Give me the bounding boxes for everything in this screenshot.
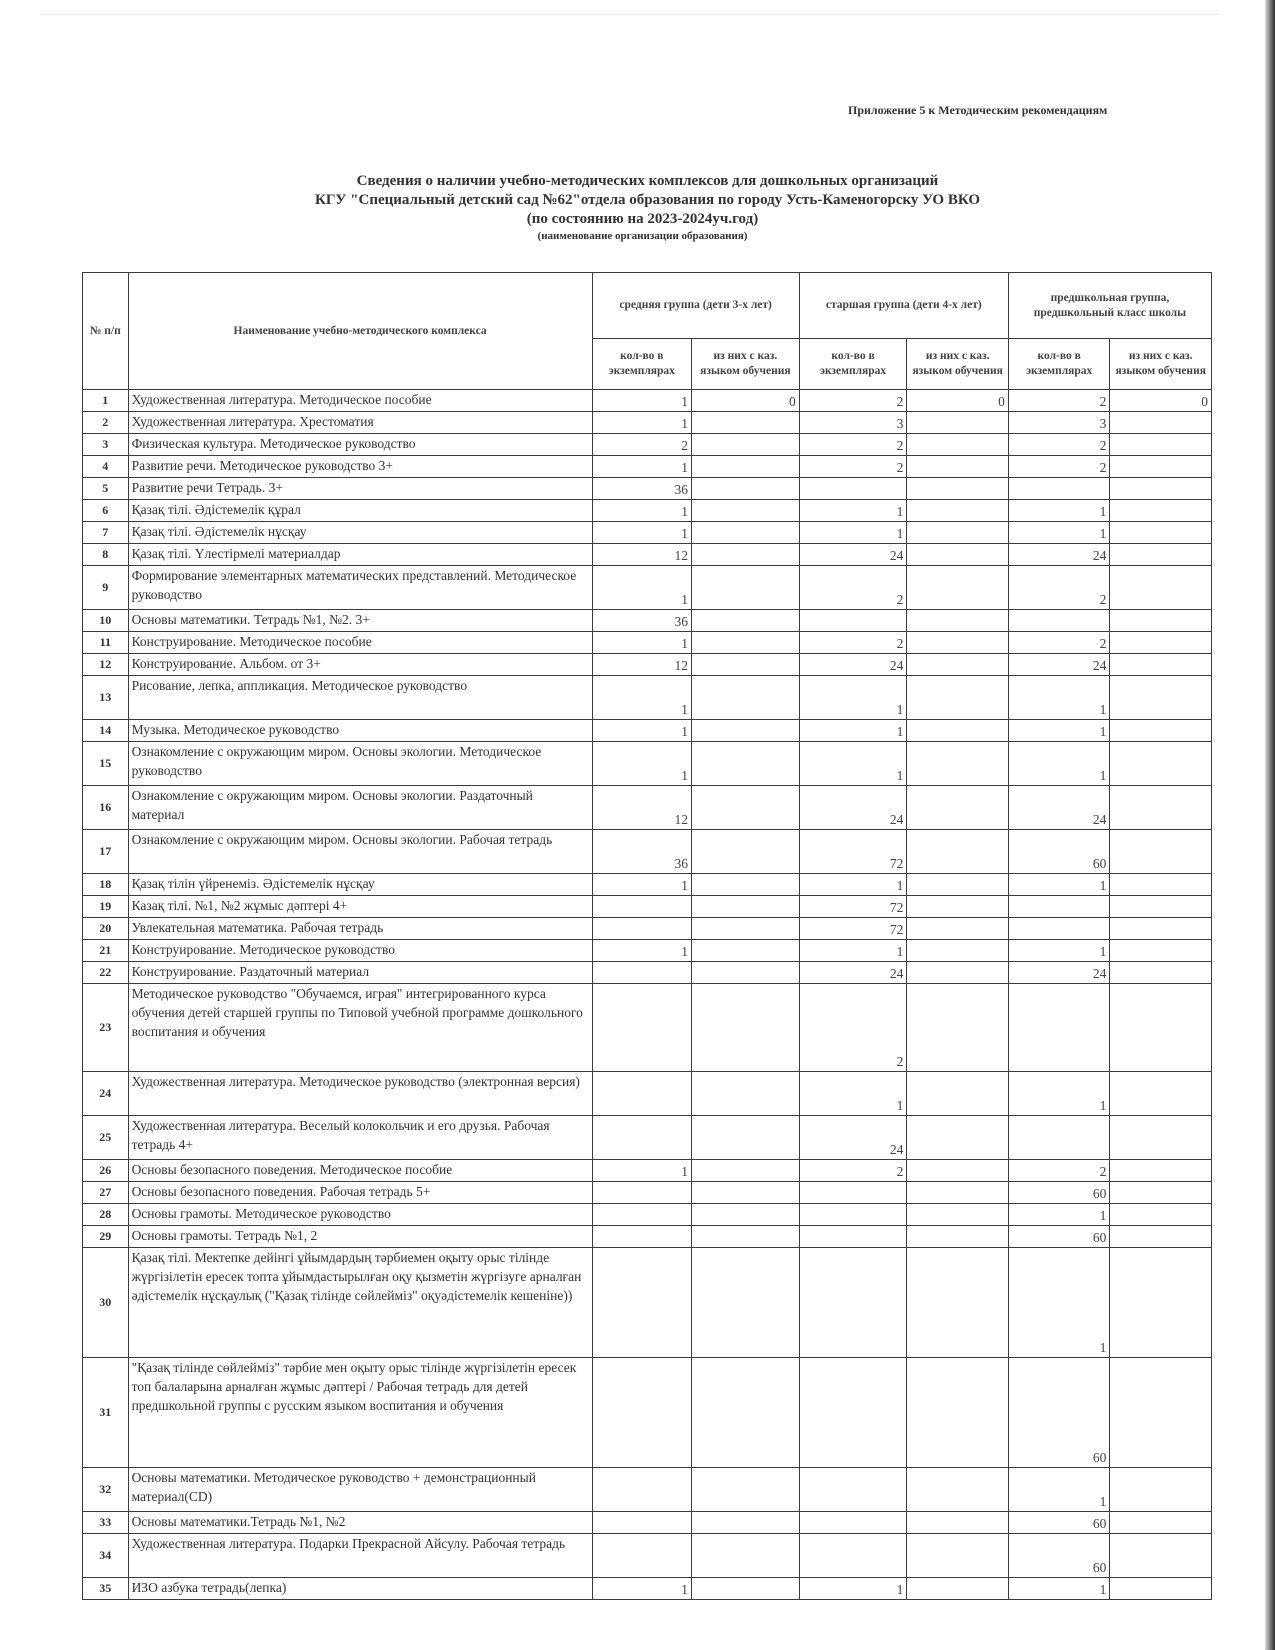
cell-preschool-qty: 1 [1008, 522, 1110, 544]
cell-preschool-kaz [1110, 1182, 1212, 1204]
cell-preschool-kaz [1110, 500, 1212, 522]
row-number: 9 [83, 566, 129, 610]
cell-preschool-kaz [1110, 632, 1212, 654]
row-number: 24 [83, 1072, 129, 1116]
row-number: 30 [83, 1248, 129, 1358]
table-row: 21Конструирование. Методическое руководс… [83, 940, 1212, 962]
row-number: 20 [83, 918, 129, 940]
cell-senior-qty [799, 610, 907, 632]
row-number: 1 [83, 390, 129, 412]
cell-middle-qty: 1 [592, 676, 691, 720]
row-title: Увлекательная математика. Рабочая тетрад… [128, 918, 592, 940]
cell-preschool-kaz [1110, 984, 1212, 1072]
cell-senior-qty: 24 [799, 786, 907, 830]
cell-senior-kaz [907, 1072, 1009, 1116]
cell-preschool-kaz [1110, 1512, 1212, 1534]
cell-middle-qty [592, 1248, 691, 1358]
cell-senior-kaz [907, 478, 1009, 500]
row-title: Художественная литература. Методическое … [128, 390, 592, 412]
cell-senior-kaz [907, 566, 1009, 610]
row-title: Қазақ тілі. Мектепке дейінгі ұйымдардың … [128, 1248, 592, 1358]
cell-middle-qty [592, 1072, 691, 1116]
cell-preschool-qty [1008, 478, 1110, 500]
cell-middle-kaz [692, 412, 800, 434]
table-row: 12Конструирование. Альбом. от 3+122424 [83, 654, 1212, 676]
cell-middle-qty: 1 [592, 874, 691, 896]
cell-preschool-kaz [1110, 1160, 1212, 1182]
cell-senior-qty: 2 [799, 566, 907, 610]
cell-senior-qty: 1 [799, 720, 907, 742]
row-title: Основы математики. Тетрадь №1, №2. 3+ [128, 610, 592, 632]
cell-middle-qty: 1 [592, 412, 691, 434]
row-number: 5 [83, 478, 129, 500]
cell-senior-qty: 2 [799, 984, 907, 1072]
cell-senior-qty [799, 1358, 907, 1468]
cell-middle-qty [592, 1226, 691, 1248]
cell-preschool-kaz [1110, 1116, 1212, 1160]
row-number: 4 [83, 456, 129, 478]
cell-middle-qty [592, 1182, 691, 1204]
row-number: 27 [83, 1182, 129, 1204]
table-row: 23Методическое руководство "Обучаемся, и… [83, 984, 1212, 1072]
cell-preschool-qty: 60 [1008, 1512, 1110, 1534]
cell-middle-kaz [692, 720, 800, 742]
umk-table: № п/п Наименование учебно-методического … [82, 272, 1212, 1600]
cell-preschool-qty: 1 [1008, 500, 1110, 522]
cell-senior-qty: 1 [799, 742, 907, 786]
row-number: 33 [83, 1512, 129, 1534]
cell-preschool-qty: 2 [1008, 632, 1110, 654]
cell-preschool-qty [1008, 896, 1110, 918]
cell-preschool-kaz [1110, 1578, 1212, 1600]
cell-senior-qty: 2 [799, 390, 907, 412]
cell-preschool-qty: 2 [1008, 390, 1110, 412]
cell-preschool-qty: 2 [1008, 566, 1110, 610]
cell-senior-kaz [907, 984, 1009, 1072]
row-number: 21 [83, 940, 129, 962]
header-kaz: из них с каз. языком обучения [1110, 339, 1212, 390]
umk-table-body: 1Художественная литература. Методическое… [83, 390, 1212, 1600]
cell-preschool-kaz [1110, 918, 1212, 940]
row-number: 28 [83, 1204, 129, 1226]
cell-middle-kaz [692, 918, 800, 940]
cell-senior-kaz [907, 918, 1009, 940]
cell-middle-qty: 36 [592, 478, 691, 500]
cell-preschool-qty [1008, 984, 1110, 1072]
cell-preschool-qty: 1 [1008, 742, 1110, 786]
table-row: 27Основы безопасного поведения. Рабочая … [83, 1182, 1212, 1204]
cell-middle-qty: 1 [592, 742, 691, 786]
cell-preschool-kaz [1110, 544, 1212, 566]
cell-middle-kaz [692, 500, 800, 522]
cell-middle-kaz [692, 984, 800, 1072]
cell-senior-kaz [907, 456, 1009, 478]
cell-preschool-qty: 60 [1008, 830, 1110, 874]
cell-preschool-kaz [1110, 720, 1212, 742]
cell-preschool-qty: 24 [1008, 654, 1110, 676]
cell-middle-kaz [692, 1072, 800, 1116]
cell-senior-qty [799, 1248, 907, 1358]
cell-preschool-kaz [1110, 676, 1212, 720]
row-title: Қазақ тілі. Әдістемелік құрал [128, 500, 592, 522]
cell-middle-kaz [692, 830, 800, 874]
cell-middle-qty: 1 [592, 632, 691, 654]
table-row: 34Художественная литература. Подарки Пре… [83, 1534, 1212, 1578]
cell-middle-kaz [692, 1160, 800, 1182]
cell-middle-kaz [692, 1116, 800, 1160]
reporting-period: (по состоянию на 2023-2024уч.год) [10, 210, 1275, 229]
cell-middle-kaz [692, 1204, 800, 1226]
header-kaz: из них с каз. языком обучения [907, 339, 1009, 390]
row-title: Ознакомление с окружающим миром. Основы … [128, 786, 592, 830]
row-number: 11 [83, 632, 129, 654]
row-title: Қазақ тілін үйренеміз. Әдістемелік нұсқа… [128, 874, 592, 896]
cell-senior-qty: 24 [799, 962, 907, 984]
row-number: 23 [83, 984, 129, 1072]
row-title: Қазақ тілі. Үлестірмелі материалдар [128, 544, 592, 566]
cell-preschool-kaz [1110, 786, 1212, 830]
cell-middle-kaz [692, 1468, 800, 1512]
organization-name: КГУ "Специальный детский сад №62"отдела … [20, 191, 1275, 210]
table-row: 20Увлекательная математика. Рабочая тетр… [83, 918, 1212, 940]
cell-middle-qty [592, 962, 691, 984]
cell-senior-qty: 72 [799, 830, 907, 874]
row-title: Художественная литература. Подарки Прекр… [128, 1534, 592, 1578]
cell-middle-qty [592, 1512, 691, 1534]
cell-senior-kaz [907, 1248, 1009, 1358]
cell-senior-qty [799, 1468, 907, 1512]
table-row: 22Конструирование. Раздаточный материал2… [83, 962, 1212, 984]
appendix-note: Приложение 5 к Методическим рекомендация… [848, 103, 1107, 118]
cell-preschool-kaz [1110, 412, 1212, 434]
cell-senior-kaz [907, 1226, 1009, 1248]
table-row: 2Художественная литература. Хрестоматия1… [83, 412, 1212, 434]
cell-middle-kaz [692, 566, 800, 610]
row-title: Рисование, лепка, аппликация. Методическ… [128, 676, 592, 720]
cell-preschool-qty: 1 [1008, 1204, 1110, 1226]
row-title: Қазақ тілі. Әдістемелік нұсқау [128, 522, 592, 544]
row-number: 8 [83, 544, 129, 566]
cell-middle-kaz [692, 1248, 800, 1358]
cell-preschool-qty: 24 [1008, 962, 1110, 984]
cell-middle-qty [592, 896, 691, 918]
cell-senior-qty: 1 [799, 676, 907, 720]
cell-preschool-kaz [1110, 1072, 1212, 1116]
row-number: 2 [83, 412, 129, 434]
row-number: 10 [83, 610, 129, 632]
cell-preschool-kaz [1110, 456, 1212, 478]
cell-senior-kaz [907, 1160, 1009, 1182]
cell-senior-kaz [907, 1358, 1009, 1468]
cell-preschool-qty [1008, 610, 1110, 632]
cell-middle-qty: 1 [592, 566, 691, 610]
cell-senior-qty: 3 [799, 412, 907, 434]
cell-senior-qty: 1 [799, 940, 907, 962]
cell-middle-qty: 12 [592, 786, 691, 830]
cell-senior-qty [799, 478, 907, 500]
cell-middle-qty: 12 [592, 544, 691, 566]
cell-middle-qty: 1 [592, 522, 691, 544]
document-title-block: Сведения о наличии учебно-методических к… [0, 172, 1275, 244]
cell-middle-kaz [692, 940, 800, 962]
cell-preschool-qty: 1 [1008, 1072, 1110, 1116]
row-title: Ознакомление с окружающим миром. Основы … [128, 830, 592, 874]
cell-senior-qty: 24 [799, 654, 907, 676]
table-row: 24Художественная литература. Методическо… [83, 1072, 1212, 1116]
cell-preschool-kaz [1110, 1204, 1212, 1226]
cell-preschool-qty: 60 [1008, 1358, 1110, 1468]
row-title: Основы безопасного поведения. Методическ… [128, 1160, 592, 1182]
cell-senior-kaz [907, 632, 1009, 654]
cell-middle-kaz [692, 544, 800, 566]
cell-senior-qty [799, 1226, 907, 1248]
cell-senior-qty: 2 [799, 1160, 907, 1182]
cell-senior-kaz [907, 1116, 1009, 1160]
cell-middle-kaz [692, 742, 800, 786]
row-title: Конструирование. Альбом. от 3+ [128, 654, 592, 676]
cell-senior-qty: 1 [799, 522, 907, 544]
table-row: 9Формирование элементарных математически… [83, 566, 1212, 610]
row-number: 25 [83, 1116, 129, 1160]
cell-senior-qty: 1 [799, 500, 907, 522]
cell-preschool-qty: 2 [1008, 1160, 1110, 1182]
row-number: 35 [83, 1578, 129, 1600]
cell-middle-kaz [692, 610, 800, 632]
cell-preschool-kaz [1110, 1358, 1212, 1468]
cell-middle-qty: 1 [592, 720, 691, 742]
cell-senior-kaz [907, 720, 1009, 742]
cell-middle-kaz [692, 962, 800, 984]
row-title: Художественная литература. Хрестоматия [128, 412, 592, 434]
cell-preschool-qty: 24 [1008, 544, 1110, 566]
cell-senior-kaz [907, 1534, 1009, 1578]
cell-preschool-qty: 60 [1008, 1534, 1110, 1578]
cell-senior-qty [799, 1182, 907, 1204]
row-title: Основы грамоты. Тетрадь №1, 2 [128, 1226, 592, 1248]
row-title: Музыка. Методическое руководство [128, 720, 592, 742]
cell-preschool-kaz [1110, 896, 1212, 918]
cell-preschool-qty: 2 [1008, 434, 1110, 456]
cell-middle-kaz [692, 1358, 800, 1468]
table-row: 35ИЗО азбука тетрадь(лепка)111 [83, 1578, 1212, 1600]
table-row: 15Ознакомление с окружающим миром. Основ… [83, 742, 1212, 786]
cell-middle-kaz [692, 786, 800, 830]
table-row: 16Ознакомление с окружающим миром. Основ… [83, 786, 1212, 830]
row-number: 19 [83, 896, 129, 918]
table-row: 1Художественная литература. Методическое… [83, 390, 1212, 412]
table-row: 29Основы грамоты. Тетрадь №1, 260 [83, 1226, 1212, 1248]
header-num: № п/п [83, 273, 129, 390]
cell-middle-kaz [692, 434, 800, 456]
cell-senior-kaz [907, 1512, 1009, 1534]
row-number: 34 [83, 1534, 129, 1578]
cell-senior-qty [799, 1204, 907, 1226]
scan-edge-top [40, 14, 1220, 15]
cell-senior-kaz [907, 434, 1009, 456]
table-row: 18Қазақ тілін үйренеміз. Әдістемелік нұс… [83, 874, 1212, 896]
table-row: 13Рисование, лепка, аппликация. Методиче… [83, 676, 1212, 720]
cell-preschool-kaz: 0 [1110, 390, 1212, 412]
cell-senior-kaz [907, 830, 1009, 874]
row-title: Основы безопасного поведения. Рабочая те… [128, 1182, 592, 1204]
row-number: 12 [83, 654, 129, 676]
cell-senior-kaz [907, 1578, 1009, 1600]
cell-middle-kaz [692, 1578, 800, 1600]
header-group-senior: старшая группа (дети 4-х лет) [799, 273, 1008, 339]
cell-middle-qty: 2 [592, 434, 691, 456]
header-qty: кол-во в экземплярах [799, 339, 907, 390]
cell-preschool-kaz [1110, 566, 1212, 610]
cell-preschool-kaz [1110, 1468, 1212, 1512]
cell-senior-kaz [907, 962, 1009, 984]
row-title: Художественная литература. Веселый колок… [128, 1116, 592, 1160]
cell-senior-qty: 2 [799, 434, 907, 456]
cell-senior-kaz [907, 874, 1009, 896]
cell-middle-kaz [692, 478, 800, 500]
cell-preschool-kaz [1110, 610, 1212, 632]
table-row: 26Основы безопасного поведения. Методиче… [83, 1160, 1212, 1182]
row-title: Методическое руководство "Обучаемся, игр… [128, 984, 592, 1072]
cell-preschool-kaz [1110, 1248, 1212, 1358]
cell-middle-qty: 36 [592, 830, 691, 874]
row-number: 17 [83, 830, 129, 874]
cell-middle-kaz [692, 522, 800, 544]
header-qty: кол-во в экземплярах [592, 339, 691, 390]
row-title: Формирование элементарных математических… [128, 566, 592, 610]
cell-preschool-qty: 1 [1008, 874, 1110, 896]
cell-middle-kaz: 0 [692, 390, 800, 412]
cell-preschool-qty: 60 [1008, 1226, 1110, 1248]
cell-senior-qty: 24 [799, 1116, 907, 1160]
table-row: 19Казақ тілі. №1, №2 жұмыс дәптері 4+72 [83, 896, 1212, 918]
cell-senior-kaz: 0 [907, 390, 1009, 412]
cell-preschool-qty: 3 [1008, 412, 1110, 434]
cell-preschool-kaz [1110, 478, 1212, 500]
table-row: 32Основы математики. Методическое руково… [83, 1468, 1212, 1512]
row-number: 14 [83, 720, 129, 742]
cell-preschool-qty: 1 [1008, 1578, 1110, 1600]
cell-middle-qty [592, 1116, 691, 1160]
cell-preschool-kaz [1110, 874, 1212, 896]
cell-senior-qty: 24 [799, 544, 907, 566]
cell-senior-kaz [907, 1182, 1009, 1204]
cell-middle-qty [592, 1358, 691, 1468]
table-row: 5Развитие речи Тетрадь. 3+36 [83, 478, 1212, 500]
cell-middle-qty: 1 [592, 390, 691, 412]
table-row: 11Конструирование. Методическое пособие1… [83, 632, 1212, 654]
table-row: 33Основы математики.Тетрадь №1, №260 [83, 1512, 1212, 1534]
header-group-preschool: предшкольная группа, предшкольный класс … [1008, 273, 1211, 339]
row-title: Основы математики. Методическое руководс… [128, 1468, 592, 1512]
header-name: Наименование учебно-методического компле… [128, 273, 592, 390]
cell-middle-qty: 1 [592, 500, 691, 522]
cell-middle-qty: 36 [592, 610, 691, 632]
cell-middle-kaz [692, 654, 800, 676]
cell-senior-kaz [907, 610, 1009, 632]
table-row: 25Художественная литература. Веселый кол… [83, 1116, 1212, 1160]
header-kaz: из них с каз. языком обучения [692, 339, 800, 390]
cell-middle-kaz [692, 896, 800, 918]
row-number: 29 [83, 1226, 129, 1248]
cell-preschool-kaz [1110, 1534, 1212, 1578]
row-number: 13 [83, 676, 129, 720]
row-number: 7 [83, 522, 129, 544]
cell-preschool-kaz [1110, 522, 1212, 544]
cell-preschool-kaz [1110, 1226, 1212, 1248]
cell-senior-qty [799, 1512, 907, 1534]
header-qty: кол-во в экземплярах [1008, 339, 1110, 390]
cell-senior-kaz [907, 412, 1009, 434]
table-row: 28Основы грамоты. Методическое руководст… [83, 1204, 1212, 1226]
row-title: Конструирование. Методическое пособие [128, 632, 592, 654]
scan-edge-right [1265, 0, 1275, 1650]
cell-middle-kaz [692, 632, 800, 654]
cell-senior-kaz [907, 940, 1009, 962]
cell-senior-qty: 72 [799, 918, 907, 940]
row-number: 32 [83, 1468, 129, 1512]
cell-senior-kaz [907, 786, 1009, 830]
table-row: 14Музыка. Методическое руководство111 [83, 720, 1212, 742]
cell-middle-qty [592, 1204, 691, 1226]
cell-middle-qty [592, 984, 691, 1072]
cell-middle-kaz [692, 1512, 800, 1534]
row-title: Основы грамоты. Методическое руководство [128, 1204, 592, 1226]
table-row: 31"Қазақ тілінде сөйлейміз" тәрбие мен о… [83, 1358, 1212, 1468]
cell-preschool-qty: 1 [1008, 676, 1110, 720]
row-title: Физическая культура. Методическое руково… [128, 434, 592, 456]
cell-middle-kaz [692, 1226, 800, 1248]
cell-preschool-qty: 1 [1008, 1248, 1110, 1358]
cell-preschool-qty: 24 [1008, 786, 1110, 830]
cell-preschool-kaz [1110, 830, 1212, 874]
cell-senior-qty: 2 [799, 456, 907, 478]
table-row: 8Қазақ тілі. Үлестірмелі материалдар1224… [83, 544, 1212, 566]
cell-preschool-kaz [1110, 962, 1212, 984]
row-title: Конструирование. Методическое руководств… [128, 940, 592, 962]
cell-middle-qty [592, 1468, 691, 1512]
cell-preschool-qty [1008, 1116, 1110, 1160]
cell-senior-kaz [907, 500, 1009, 522]
row-title: Ознакомление с окружающим миром. Основы … [128, 742, 592, 786]
cell-senior-kaz [907, 742, 1009, 786]
row-number: 26 [83, 1160, 129, 1182]
table-row: 7Қазақ тілі. Әдістемелік нұсқау111 [83, 522, 1212, 544]
cell-preschool-qty: 2 [1008, 456, 1110, 478]
header-group-middle: средняя группа (дети 3-х лет) [592, 273, 799, 339]
row-number: 31 [83, 1358, 129, 1468]
cell-preschool-kaz [1110, 940, 1212, 962]
row-number: 6 [83, 500, 129, 522]
cell-preschool-qty: 1 [1008, 940, 1110, 962]
cell-senior-kaz [907, 544, 1009, 566]
cell-senior-kaz [907, 522, 1009, 544]
row-title: Художественная литература. Методическое … [128, 1072, 592, 1116]
row-title: Развитие речи Тетрадь. 3+ [128, 478, 592, 500]
cell-senior-kaz [907, 654, 1009, 676]
cell-middle-qty [592, 918, 691, 940]
table-row: 30Қазақ тілі. Мектепке дейінгі ұйымдарды… [83, 1248, 1212, 1358]
cell-middle-kaz [692, 676, 800, 720]
cell-middle-qty: 1 [592, 940, 691, 962]
cell-preschool-kaz [1110, 742, 1212, 786]
cell-senior-qty: 2 [799, 632, 907, 654]
cell-senior-qty [799, 1534, 907, 1578]
cell-preschool-qty [1008, 918, 1110, 940]
cell-preschool-qty: 1 [1008, 720, 1110, 742]
cell-senior-qty: 1 [799, 874, 907, 896]
cell-senior-kaz [907, 1468, 1009, 1512]
table-row: 3Физическая культура. Методическое руков… [83, 434, 1212, 456]
